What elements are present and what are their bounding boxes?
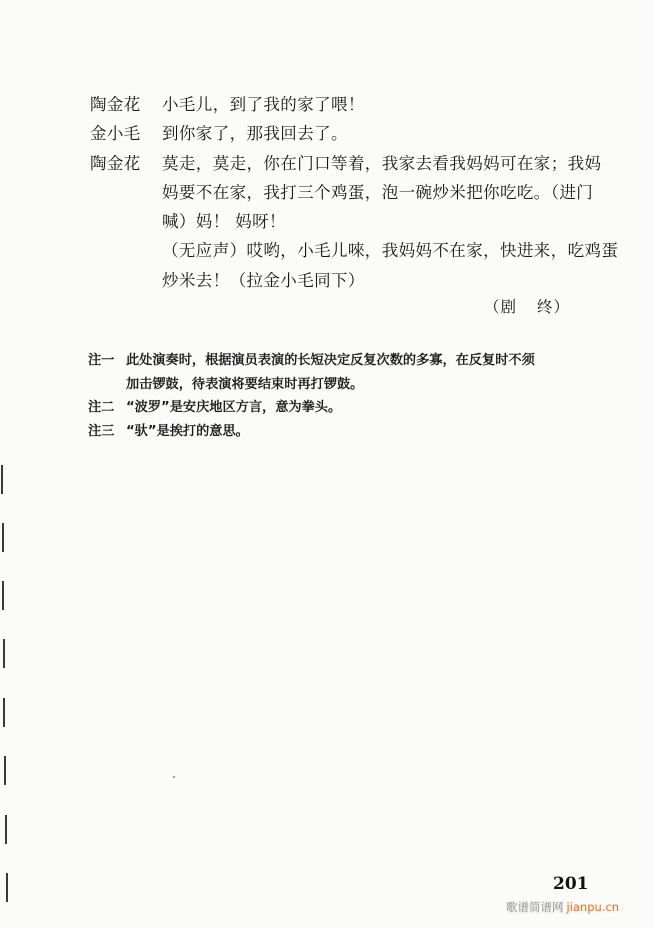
- footnote-text: 此处演奏时，根据演员表演的长短决定反复次数的多寡，在反复时不须 加击锣鼓，待表演…: [126, 349, 535, 396]
- dialogue-entry: 陶金花 莫走，莫走，你在门口等着，我家去看我妈妈可在家；我妈 妈要不在家，我打三…: [90, 149, 610, 295]
- play-dialogue: 陶金花 小毛儿，到了我的家了喂！ 金小毛 到你家了，那我回去了。 陶金花 莫走，…: [90, 90, 610, 295]
- binding-edge-mark: [1, 465, 3, 494]
- speaker-name: 金小毛: [90, 119, 162, 148]
- footnote-line: “驮”是挨打的意思。: [126, 420, 249, 444]
- footnote: 注一 此处演奏时，根据演员表演的长短决定反复次数的多寡，在反复时不须 加击锣鼓，…: [88, 349, 608, 396]
- footnote-label: 注一: [88, 349, 126, 396]
- binding-edge-mark: [5, 815, 7, 844]
- speech-line: 炒米去！（拉金小毛同下）: [162, 266, 602, 295]
- footnote: 注二 “波罗”是安庆地区方言，意为拳头。: [88, 396, 608, 420]
- watermark-chinese: 歌谱简谱网: [506, 900, 564, 914]
- footnote-text: “波罗”是安庆地区方言，意为拳头。: [126, 396, 341, 420]
- scan-speck: [173, 776, 175, 778]
- dialogue-entry: 金小毛 到你家了，那我回去了。: [90, 119, 610, 148]
- speaker-name: 陶金花: [90, 90, 162, 119]
- speech: 小毛儿，到了我的家了喂！: [162, 90, 602, 119]
- end-mark-open: （: [484, 298, 501, 316]
- footnotes: 注一 此处演奏时，根据演员表演的长短决定反复次数的多寡，在反复时不须 加击锣鼓，…: [88, 349, 608, 443]
- footnote-line: 加击锣鼓，待表演将要结束时再打锣鼓。: [126, 373, 535, 397]
- book-page: 陶金花 小毛儿，到了我的家了喂！ 金小毛 到你家了，那我回去了。 陶金花 莫走，…: [0, 0, 655, 928]
- binding-edge-mark: [2, 581, 4, 610]
- binding-edge-mark: [3, 698, 5, 727]
- binding-edge-mark: [2, 523, 4, 552]
- watermark: 歌谱简谱网jianpu.cn: [506, 899, 619, 915]
- end-mark-word: 终: [537, 298, 554, 316]
- speech-line: 妈要不在家，我打三个鸡蛋，泡一碗炒米把你吃吃。（进门: [162, 178, 602, 207]
- dialogue-entry: 陶金花 小毛儿，到了我的家了喂！: [90, 90, 610, 119]
- speech-line: 小毛儿，到了我的家了喂！: [162, 90, 602, 119]
- footnote-label: 注三: [88, 420, 126, 444]
- footnote-label: 注二: [88, 396, 126, 420]
- footnote-text: “驮”是挨打的意思。: [126, 420, 249, 444]
- footnote-line: “波罗”是安庆地区方言，意为拳头。: [126, 396, 341, 420]
- speech: 到你家了，那我回去了。: [162, 119, 602, 148]
- speech: 莫走，莫走，你在门口等着，我家去看我妈妈可在家；我妈 妈要不在家，我打三个鸡蛋，…: [162, 149, 602, 295]
- watermark-site: jianpu.cn: [567, 900, 620, 914]
- end-mark-word: 剧: [501, 298, 518, 316]
- end-of-play-mark: （剧终）: [484, 295, 570, 317]
- page-number: 201: [553, 874, 589, 894]
- binding-edge-mark: [6, 873, 8, 902]
- binding-edge-mark: [4, 756, 6, 785]
- speaker-name: 陶金花: [90, 149, 162, 295]
- speech-line: 莫走，莫走，你在门口等着，我家去看我妈妈可在家；我妈: [162, 149, 602, 178]
- footnote-line: 此处演奏时，根据演员表演的长短决定反复次数的多寡，在反复时不须: [126, 349, 535, 373]
- binding-edge-mark: [3, 639, 5, 668]
- end-mark-close: ）: [554, 298, 571, 316]
- speech-line: 到你家了，那我回去了。: [162, 119, 602, 148]
- speech-line: （无应声）哎哟，小毛儿唻，我妈妈不在家，快进来，吃鸡蛋: [162, 236, 602, 265]
- speech-line: 喊）妈！ 妈呀！: [162, 207, 602, 236]
- footnote: 注三 “驮”是挨打的意思。: [88, 420, 608, 444]
